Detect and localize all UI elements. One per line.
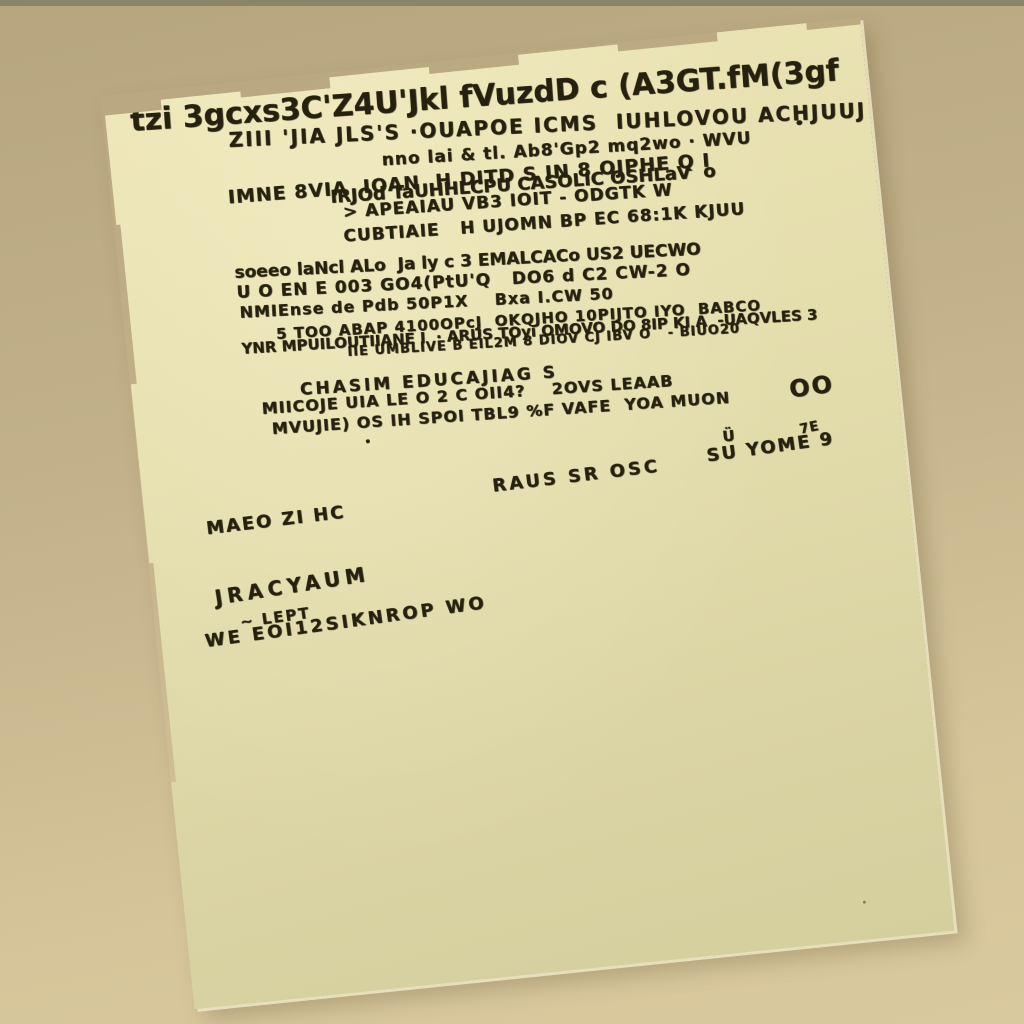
handwritten-center-note: RAUS SR OSC <box>491 457 661 497</box>
handwritten-left-note: MAEO ZI HC <box>205 503 346 539</box>
ink-dot-mid-left <box>366 439 370 443</box>
ink-speck-bottom <box>863 901 866 904</box>
handwritten-signature-1: JRACYAUM <box>213 563 371 609</box>
scanned-document-background: tzi 3gcxs3C'Z4U'Jkl fVuzdD c (A3GT.fM(3g… <box>0 0 1024 1024</box>
scanner-edge-strip <box>0 0 1024 6</box>
paper-sheet-wrapper: tzi 3gcxs3C'Z4U'Jkl fVuzdD c (A3GT.fM(3g… <box>100 17 954 1009</box>
handwritten-float-oo: OO <box>788 371 836 403</box>
paper-sheet: tzi 3gcxs3C'Z4U'Jkl fVuzdD c (A3GT.fM(3g… <box>100 17 954 1009</box>
